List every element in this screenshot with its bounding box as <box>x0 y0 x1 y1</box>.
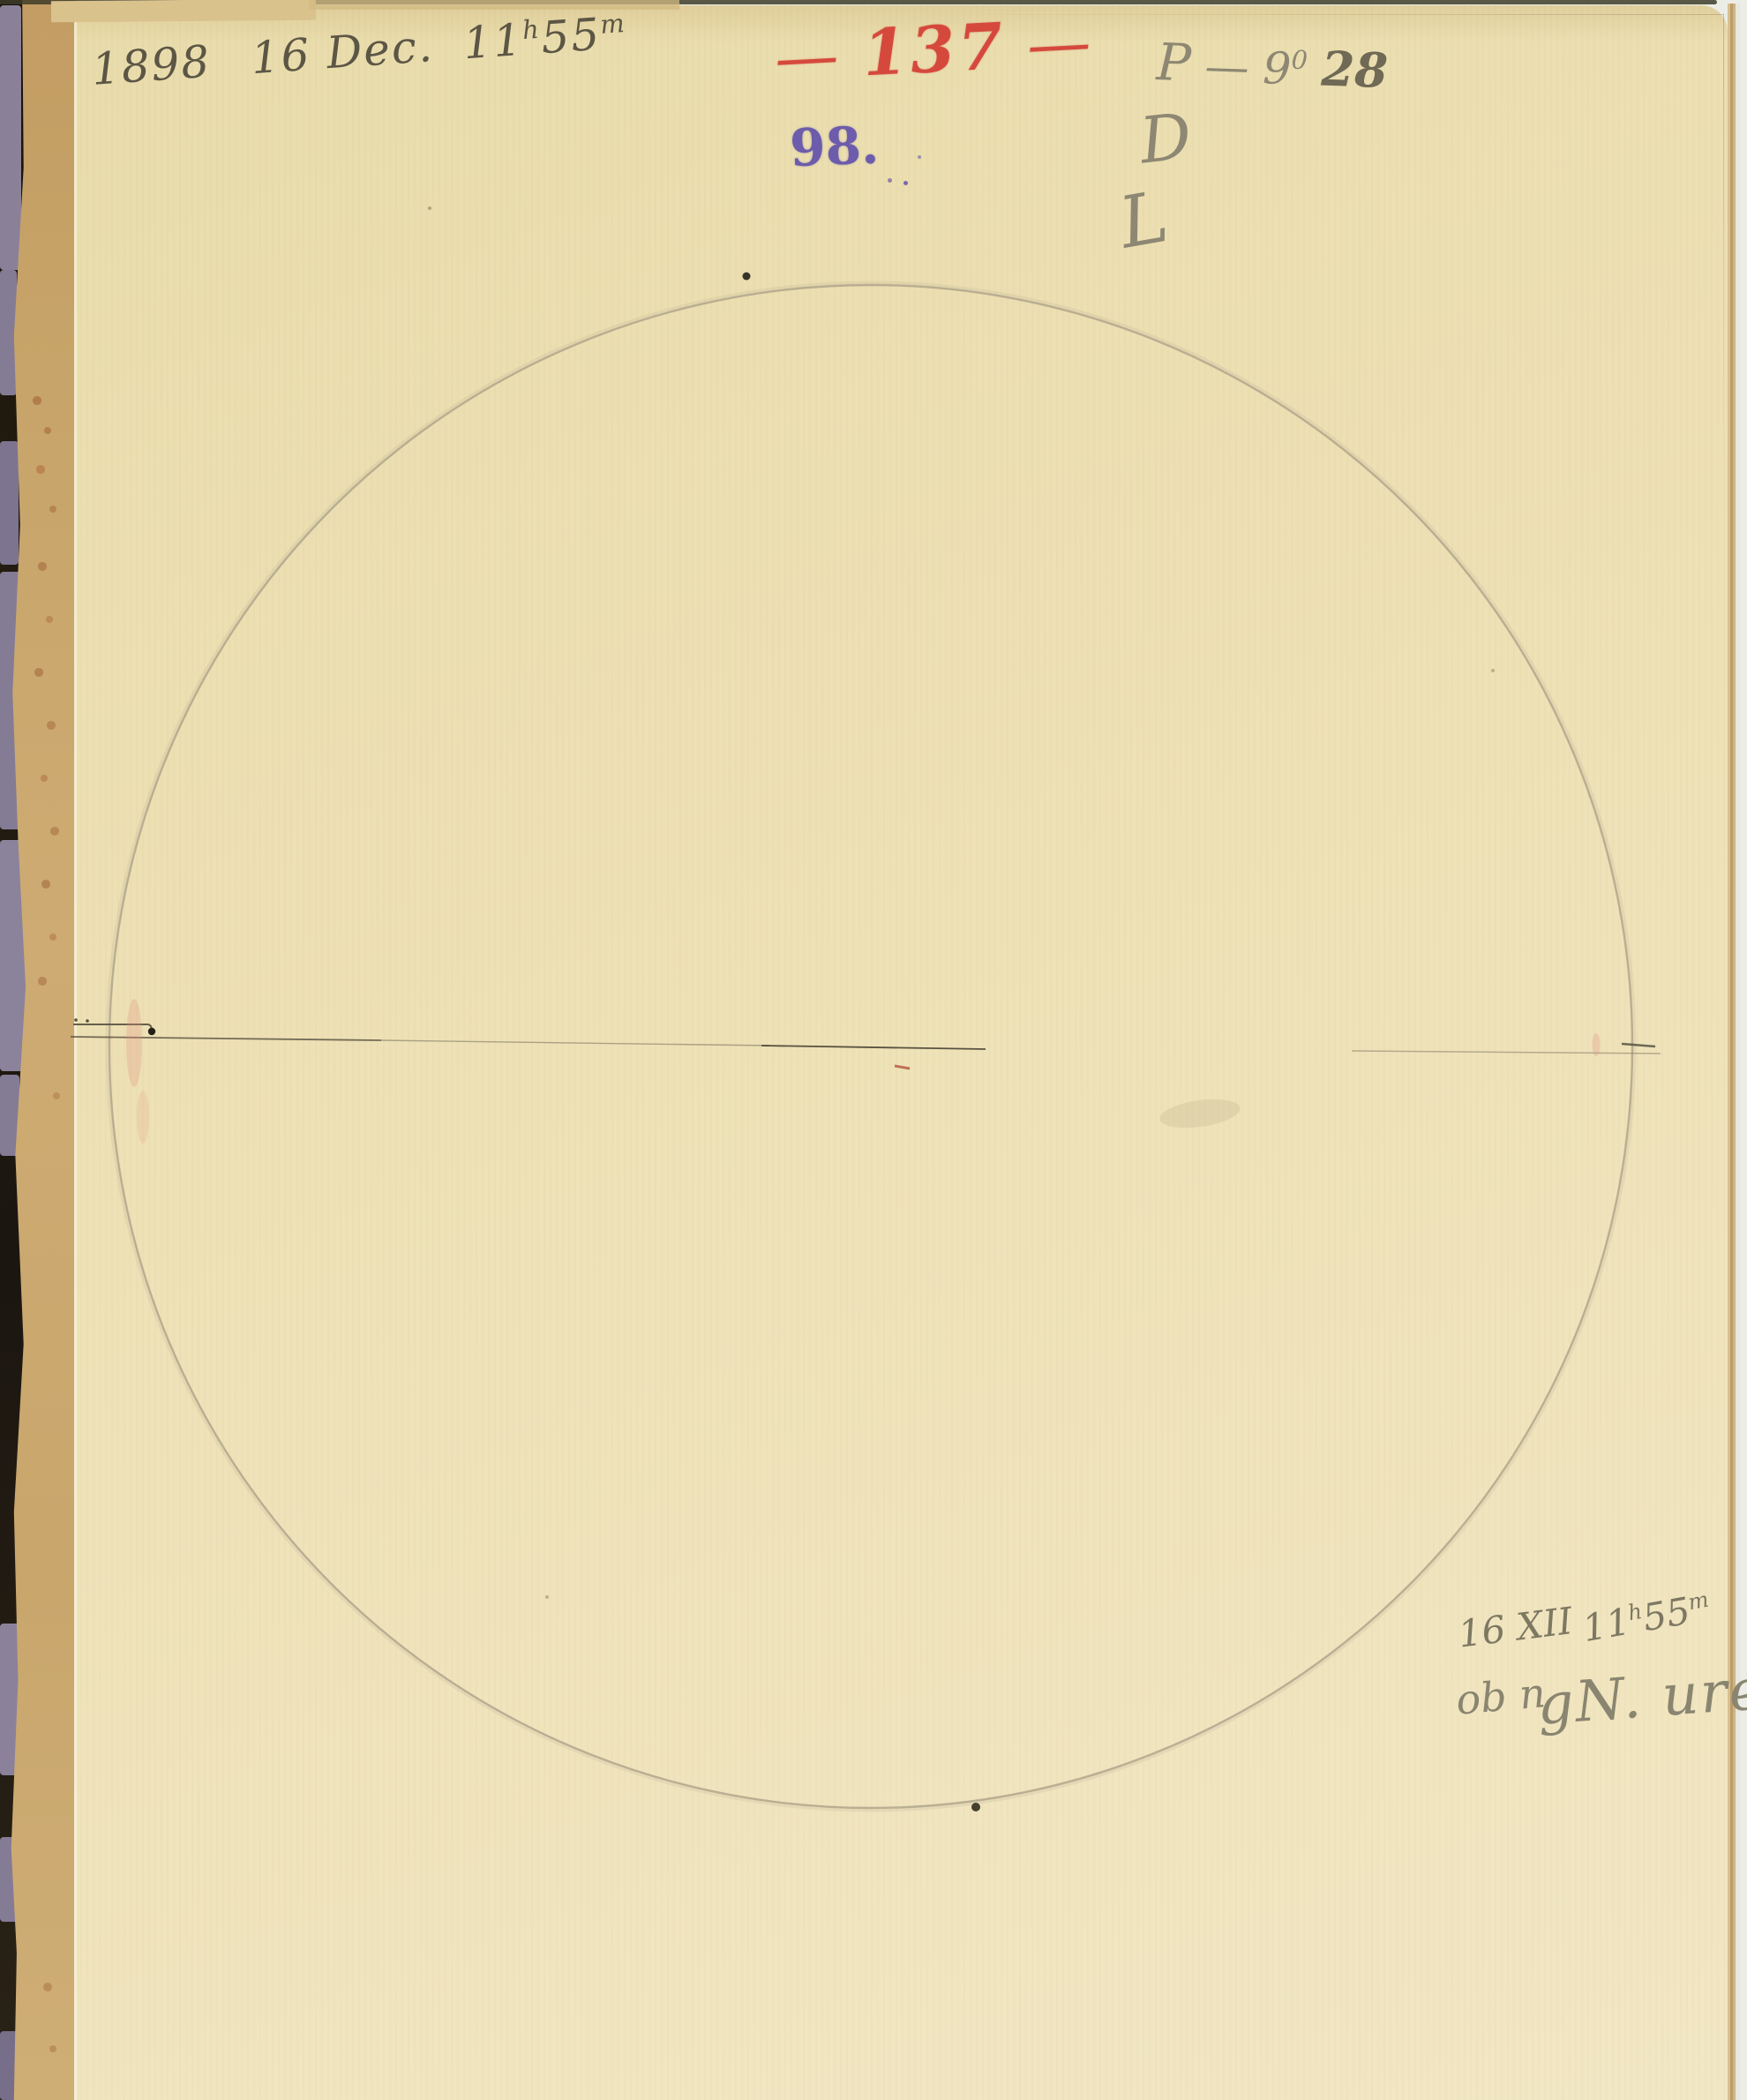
d-label: D <box>1136 99 1195 178</box>
p-degrees: 9 <box>1262 42 1292 94</box>
scanned-page: 189816 Dec.11h55m —137— 98. P — 90 28 D … <box>0 0 1747 2100</box>
top-left-tape-piece <box>51 0 316 22</box>
p-dash: — <box>1204 41 1250 94</box>
plate-dash-left: — <box>773 18 844 95</box>
bottom-time-minute: 55 <box>1639 1589 1693 1640</box>
plate-dash-right: — <box>1025 4 1096 82</box>
p-value: 28 <box>1321 41 1389 100</box>
time-hour-sup: h <box>521 14 542 45</box>
page-right-edges <box>1728 4 1740 2100</box>
purple-dot <box>903 181 908 185</box>
series-number-purple: 98. <box>789 115 880 177</box>
time-hour: 11 <box>461 14 525 70</box>
position-angle-annotation: P — 90 28 <box>1156 32 1389 100</box>
binding-purple-patch <box>0 441 19 565</box>
p-degrees-sup: 0 <box>1291 45 1308 76</box>
corner-crease-vertical <box>1723 14 1724 473</box>
purple-dot <box>888 178 892 183</box>
bottom-time-minute-sup: m <box>1686 1586 1711 1616</box>
bottom-time-hour: 11 <box>1579 1600 1633 1651</box>
time-minute: 55 <box>539 9 603 64</box>
time-minute-sup: m <box>599 8 627 40</box>
observer-note: ob n <box>1454 1669 1548 1724</box>
binding-purple-patch <box>0 5 21 270</box>
paper-texture <box>74 5 1728 2100</box>
p-label: P <box>1156 32 1192 93</box>
plate-number: 137 <box>861 8 1008 90</box>
date-year: 1898 <box>90 36 213 95</box>
